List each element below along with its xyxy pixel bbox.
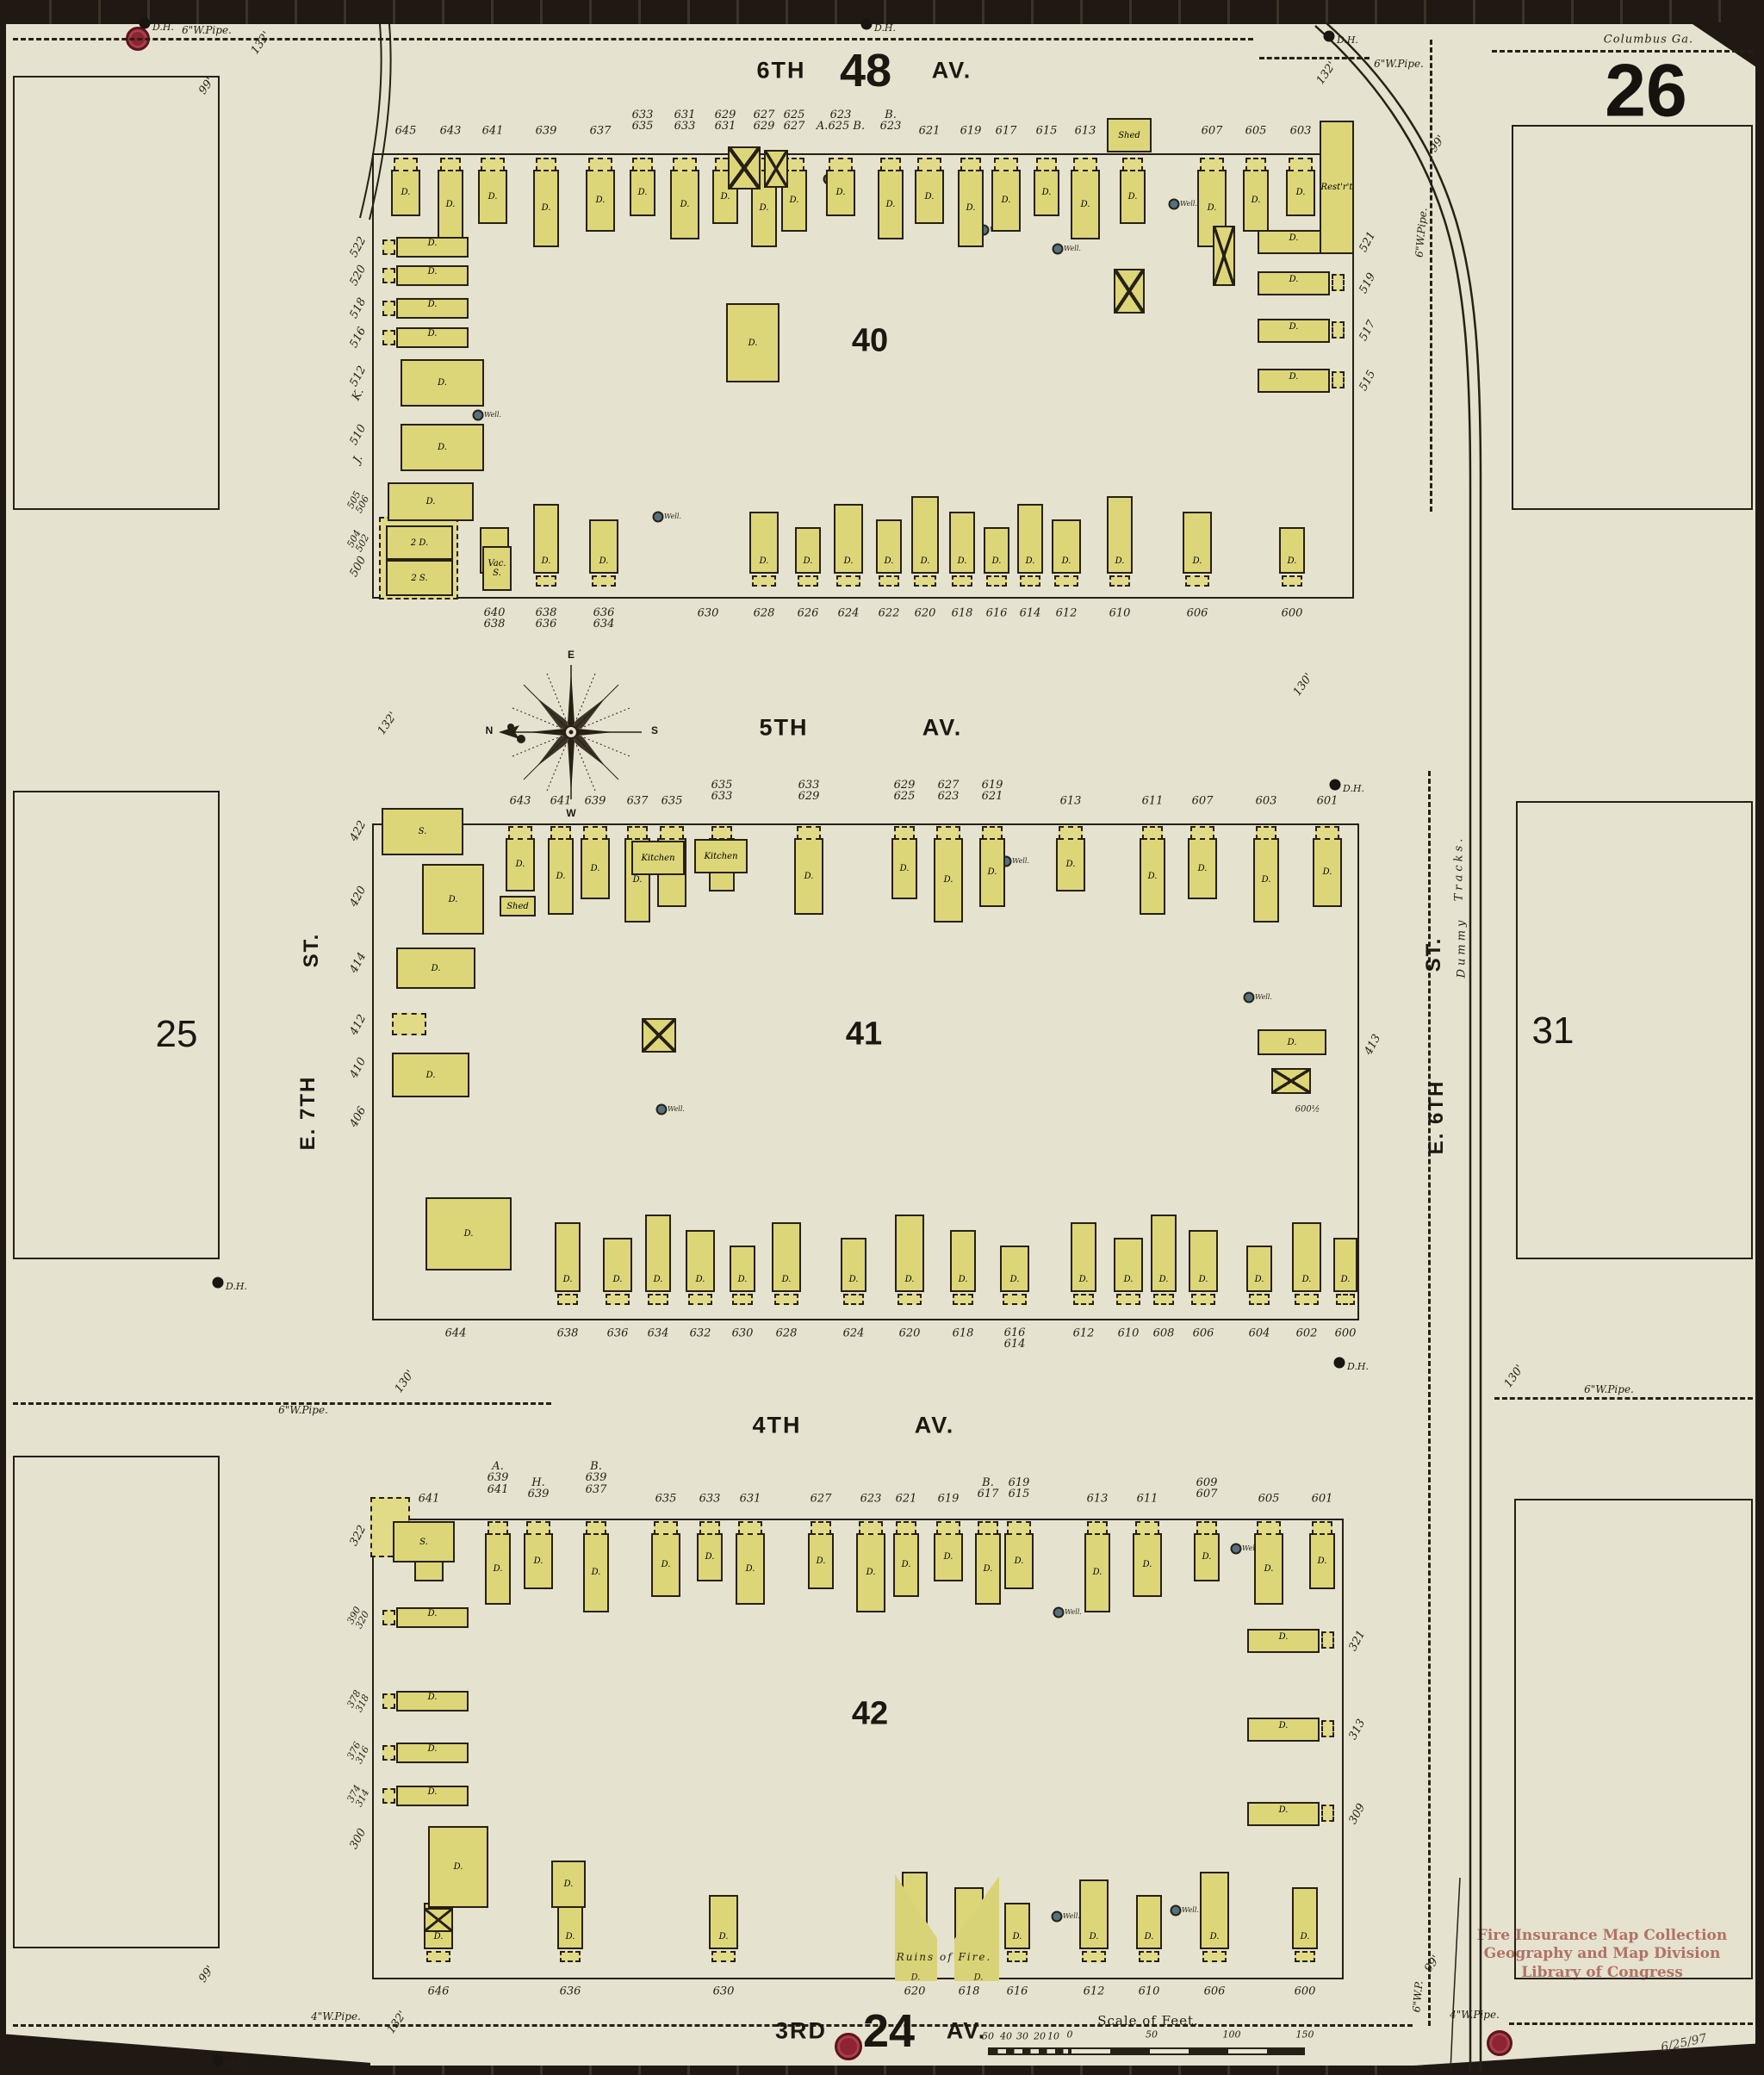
- building-porch: [859, 1521, 882, 1535]
- building-porch: [382, 1788, 395, 1804]
- building-use-label: D.: [1109, 556, 1131, 566]
- house-number: 632: [690, 1327, 711, 1339]
- building-porch: [752, 575, 775, 587]
- building-use-label: D.: [1249, 1805, 1318, 1815]
- building-dwelling: D.: [1084, 1533, 1110, 1612]
- avenue-alt-number: 48: [840, 44, 891, 97]
- building-use-label: D.: [525, 1556, 551, 1566]
- house-number: 608: [1153, 1327, 1175, 1339]
- building-dwelling: D.: [876, 519, 902, 574]
- building-porch: [1135, 1521, 1158, 1535]
- house-number: 620: [904, 1985, 926, 1997]
- house-number: 635: [661, 795, 683, 806]
- building-use-label: D.: [653, 1560, 679, 1569]
- building-porch: [382, 268, 395, 283]
- house-number: 612: [1073, 1327, 1095, 1339]
- house-number: 639: [585, 795, 606, 806]
- building-dwelling: D.: [934, 1533, 963, 1581]
- house-number: 619 621: [982, 780, 1003, 803]
- building-dwelling: D.: [1258, 271, 1330, 295]
- house-number: 618: [952, 607, 973, 618]
- building-use-label: D.: [783, 196, 805, 205]
- building-dwelling: D.: [1258, 369, 1330, 393]
- scale-tick-label: 0: [1067, 2029, 1073, 2041]
- house-number: 607: [1202, 125, 1223, 136]
- house-number: 600: [1295, 1985, 1316, 1997]
- building-porch: [426, 1951, 450, 1962]
- house-number: 638: [557, 1327, 579, 1339]
- water-pipe-label: 4"W.Pipe.: [311, 2010, 361, 2022]
- compass-north-label: N: [486, 724, 494, 736]
- building-dwelling: D.: [438, 170, 463, 239]
- building-dwelling: D.: [1034, 170, 1059, 216]
- building-use-label: D.: [585, 1568, 607, 1577]
- building-porch: [1336, 1294, 1356, 1305]
- building-porch: [1007, 1951, 1028, 1962]
- water-pipe-line: [1430, 40, 1432, 512]
- building-porch: [1312, 1521, 1332, 1535]
- building-porch: [1036, 158, 1057, 171]
- block-number: 41: [846, 1016, 882, 1053]
- compass-east-label: E: [568, 649, 575, 661]
- water-pipe-line: [1492, 50, 1753, 53]
- house-number: 612: [1084, 1985, 1105, 1997]
- building-use-label: D.: [480, 192, 506, 202]
- compass-rose-icon: [498, 659, 644, 805]
- building-porch: [994, 158, 1017, 171]
- building-dwelling: D.: [524, 1533, 553, 1589]
- building-use-label: D.: [1134, 1560, 1160, 1569]
- building-porch: [627, 826, 648, 840]
- building-use-label: D.: [797, 556, 819, 566]
- house-number: 607: [1192, 795, 1214, 806]
- house-number: 631: [740, 1493, 761, 1504]
- building-porch: [1332, 321, 1345, 339]
- building-dwelling: D.: [1151, 1215, 1177, 1292]
- house-number: 616: [1007, 1985, 1028, 1997]
- house-number: 630: [732, 1327, 754, 1339]
- building-dwelling: D.: [950, 1230, 976, 1292]
- building-crossed: [1114, 269, 1145, 314]
- scale-tick-label: 100: [1223, 2029, 1241, 2041]
- building-use-label: D.: [1002, 1275, 1028, 1284]
- building-porch: [382, 301, 395, 316]
- house-number: 610: [1109, 607, 1131, 618]
- building-dwelling: D.: [603, 1238, 632, 1292]
- adjacent-block: [13, 1456, 220, 1948]
- building-dwelling: D.: [979, 838, 1005, 907]
- house-number: 638 636: [536, 607, 557, 631]
- building-porch: [536, 158, 556, 171]
- building-use-label: D.: [1259, 275, 1328, 284]
- house-number: 643: [510, 795, 531, 806]
- building-dwelling: D.: [772, 1222, 801, 1292]
- building-use-label: D.: [425, 1932, 451, 1941]
- building-use-label: D.: [605, 1275, 630, 1284]
- building-dwelling: D.: [1258, 319, 1330, 343]
- water-pipe-line: [1509, 2022, 1753, 2025]
- building-use-label: D.: [878, 556, 900, 566]
- building-use-label: D.: [398, 300, 467, 309]
- building-dwelling: D.: [958, 170, 984, 247]
- building-porch: [1073, 158, 1096, 171]
- building-crossed: [1271, 1068, 1311, 1094]
- building-porch: [1257, 1521, 1280, 1535]
- house-number: 619: [938, 1493, 960, 1504]
- building-porch: [440, 158, 461, 171]
- building-use-label: D.: [1255, 875, 1277, 885]
- house-number: 635 633: [711, 780, 733, 803]
- building-porch: [1139, 1951, 1159, 1962]
- house-number: 620: [899, 1327, 921, 1339]
- building-dwelling: D.: [749, 512, 779, 574]
- building-use-label: D.: [1053, 556, 1079, 566]
- building-use-label: D.: [398, 1609, 467, 1618]
- house-number: 613: [1060, 795, 1082, 806]
- house-number: 617: [996, 125, 1017, 136]
- building-use-label: D.: [981, 867, 1003, 877]
- avenue-name: 3RD: [775, 2018, 827, 2045]
- scale-tick-label: 150: [1296, 2029, 1314, 2041]
- building-porch: [1249, 1294, 1270, 1305]
- building-special: D.: [401, 359, 484, 407]
- building-use-label: D.: [1196, 1552, 1218, 1562]
- house-number: 603: [1256, 795, 1277, 806]
- building-use-label: D.: [751, 556, 777, 566]
- building-dwelling: D.: [697, 1533, 723, 1581]
- building-porch: [1256, 826, 1276, 840]
- building-use-label: D.: [687, 1275, 713, 1284]
- building-use-label: D.: [1081, 1932, 1107, 1941]
- building-use-label: D.: [1190, 1275, 1216, 1284]
- building-porch: [1059, 826, 1082, 840]
- building-use-label: D.: [895, 1560, 917, 1569]
- building-use-label: D.: [1259, 1031, 1325, 1053]
- building-use-label: D.: [1058, 860, 1084, 869]
- building-dwelling: D.: [1000, 1246, 1029, 1292]
- building-dwelling: D.: [686, 1230, 715, 1292]
- building-porch: [1185, 575, 1208, 587]
- building-use-label: D.: [1189, 864, 1215, 873]
- building-dwelling: D.: [396, 265, 469, 286]
- house-number: 636: [560, 1985, 581, 1997]
- building-porch: [880, 158, 901, 171]
- building-porch: [660, 826, 683, 840]
- building-porch: [583, 826, 606, 840]
- house-number: 636: [607, 1327, 629, 1339]
- building-special: 2 D.: [386, 525, 453, 560]
- building-use-label: D.: [810, 1556, 832, 1566]
- building-dwelling: D.: [478, 170, 507, 224]
- house-number: 624: [838, 607, 860, 618]
- building-use-label: D.: [835, 556, 861, 566]
- house-number: 622: [879, 607, 900, 618]
- hydrant-label: D.H.: [1347, 1361, 1369, 1372]
- building-porch: [952, 575, 972, 587]
- building-porch: [914, 575, 936, 587]
- building-dwelling: D.: [586, 170, 615, 232]
- building-dwelling: D.: [949, 512, 975, 574]
- building-porch: [394, 158, 417, 171]
- block-number: 40: [852, 323, 888, 360]
- railroad-label: Dummy: [1456, 917, 1469, 978]
- building-porch: [1020, 575, 1040, 587]
- map-note-label: D.: [911, 1973, 921, 1983]
- building-porch: [1202, 1951, 1226, 1962]
- building-use-label: D.: [591, 556, 617, 566]
- building-use-label: D.: [587, 196, 613, 205]
- house-number: 624: [843, 1327, 865, 1339]
- cross-street-name: E. 6TH: [1425, 1080, 1449, 1155]
- scale-tick-label: 50: [1146, 2029, 1158, 2041]
- building-use-label: D.: [389, 484, 472, 519]
- building-dwelling: D.: [1017, 504, 1043, 574]
- building-dwelling: D.: [841, 1238, 866, 1292]
- building-dwelling: D.: [396, 1691, 469, 1712]
- avenue-name: 5TH: [759, 715, 808, 742]
- building-use-label: D.: [1311, 1556, 1333, 1566]
- building-dwelling: D.: [1292, 1887, 1318, 1949]
- building-dwelling: D.: [581, 838, 610, 899]
- house-number: 618: [953, 1327, 974, 1339]
- building-porch: [526, 1521, 550, 1535]
- compass-west-label: W: [566, 807, 575, 819]
- building-use-label: D.: [1072, 200, 1098, 209]
- water-pipe-line: [13, 2024, 1413, 2027]
- compass-south-label: S: [651, 724, 658, 736]
- house-number: 630: [698, 607, 719, 618]
- building-use-label: D.: [1245, 196, 1267, 205]
- building-dwelling: D.: [934, 838, 963, 923]
- building-dwelling: D.: [1114, 1238, 1143, 1292]
- scale-tick-label: 30: [1016, 2031, 1028, 2042]
- building-use-label: D.: [535, 203, 557, 213]
- building-use-label: D.: [550, 872, 572, 881]
- building-porch: [898, 1294, 921, 1305]
- house-number: 628: [776, 1327, 798, 1339]
- building-use-label: D.: [731, 1275, 754, 1284]
- avenue-suffix: AV.: [947, 2018, 987, 2045]
- building-dwelling: D.: [548, 838, 574, 915]
- building-porch: [1289, 158, 1312, 171]
- building-dwelling: D.: [1254, 1533, 1283, 1605]
- house-number: 616 614: [1004, 1327, 1026, 1351]
- water-pipe-line: [1259, 57, 1370, 59]
- house-number: 611: [1137, 1493, 1158, 1504]
- water-pipe-label: 6"W.Pipe.: [1584, 1383, 1634, 1395]
- house-number: 613: [1075, 125, 1096, 136]
- building-dwelling: D.: [1243, 170, 1269, 232]
- building-use-label: D.: [935, 1552, 961, 1562]
- house-number: 620: [915, 607, 936, 618]
- building-porch: [481, 158, 504, 171]
- building-use-label: D.: [935, 875, 961, 885]
- building-use-label: D.: [1184, 556, 1210, 566]
- building-porch: [1332, 371, 1345, 388]
- building-porch: [1190, 826, 1214, 840]
- building-use-label: D.: [893, 864, 916, 873]
- building-porch: [382, 1610, 395, 1625]
- building-porch: [1087, 1521, 1108, 1535]
- building-porch: [738, 1521, 761, 1535]
- building-use-label: Kitchen: [633, 842, 683, 873]
- building-use-label: Shed: [1109, 120, 1150, 151]
- building-special: D.: [396, 947, 475, 989]
- building-porch: [1122, 158, 1143, 171]
- building-use-label: D.: [714, 192, 736, 202]
- building-dwelling: D.: [1194, 1533, 1220, 1581]
- building-porch: [798, 575, 818, 587]
- building-porch: [536, 575, 556, 587]
- building-use-label: D.: [952, 1275, 974, 1284]
- house-number: 646: [428, 1985, 450, 1997]
- map-note-label: D.: [974, 1973, 984, 1983]
- building-dwelling: D.: [533, 504, 559, 574]
- building-porch: [1003, 1294, 1026, 1305]
- building-porch: [588, 158, 612, 171]
- building-use-label: D.: [828, 188, 854, 197]
- building-use-label: D.: [402, 361, 482, 405]
- building-use-label: D.: [1314, 867, 1340, 877]
- building-porch: [1321, 1805, 1334, 1822]
- scale-bar-right: [1070, 2047, 1305, 2055]
- building-porch: [606, 1294, 629, 1305]
- cross-street-name: ST.: [300, 933, 324, 968]
- building-dwelling: D.: [1004, 1533, 1034, 1589]
- building-dwelling: D.: [1052, 519, 1081, 574]
- building-use-label: D.: [398, 267, 467, 276]
- house-number: 626: [798, 607, 819, 618]
- building-porch: [648, 1294, 668, 1305]
- building-use-label: D.: [1138, 1932, 1160, 1941]
- building-crossed: [764, 150, 788, 188]
- building-porch: [550, 826, 571, 840]
- building-porch: [632, 158, 653, 171]
- building-porch: [382, 1745, 395, 1761]
- building-dwelling: D.: [1079, 1879, 1109, 1949]
- building-use-label: 2 D.: [388, 527, 451, 558]
- building-porch: [811, 1521, 831, 1535]
- building-dwelling: D.: [583, 1533, 609, 1612]
- building-dwelling: D.: [893, 1533, 919, 1597]
- building-porch: [1332, 274, 1345, 291]
- building-dwelling: D.: [1140, 838, 1165, 915]
- building-use-label: Shed: [501, 898, 534, 915]
- house-number: 619: [960, 125, 982, 136]
- house-number: 621: [896, 1493, 917, 1504]
- house-number: A. 639 641: [488, 1461, 509, 1495]
- building-use-label: D.: [993, 196, 1019, 205]
- building-porch: [774, 1294, 798, 1305]
- house-number: 613: [1087, 1493, 1109, 1504]
- building-dwelling: D.: [396, 1786, 469, 1806]
- building-special: S.: [393, 1521, 455, 1562]
- hydrant-dot-icon: [1330, 780, 1341, 791]
- building-use-label: D.: [737, 1564, 763, 1574]
- building-dwelling: D.: [1107, 496, 1133, 574]
- house-number: 627: [811, 1493, 832, 1504]
- building-use-label: 2 S.: [388, 562, 451, 594]
- house-number: B. 623: [880, 109, 902, 133]
- building-use-label: D.: [394, 1054, 468, 1096]
- building-porch: [382, 1693, 395, 1709]
- building-dwelling: D.: [834, 504, 863, 574]
- building-special: D.: [726, 303, 780, 382]
- building-dwelling: D.: [1136, 1895, 1162, 1949]
- building-use-label: D.: [951, 556, 973, 566]
- building-dwelling: D.: [1183, 512, 1212, 574]
- scale-bar-left: [988, 2047, 1070, 2055]
- building-porch: [711, 1951, 735, 1962]
- house-number: 628: [754, 607, 775, 618]
- building-porch: [936, 826, 960, 840]
- house-number: 645: [395, 125, 417, 136]
- building-porch: [894, 826, 915, 840]
- avenue-suffix: AV.: [932, 58, 972, 84]
- building-dwelling: D.: [1004, 1903, 1030, 1949]
- house-number: 644: [445, 1327, 467, 1339]
- adjacent-block: [13, 76, 220, 510]
- building-dwelling: D.: [1200, 1872, 1229, 1949]
- building-use-label: D.: [985, 556, 1008, 566]
- cross-street-name: E. 7TH: [296, 1076, 320, 1151]
- water-pipe-line: [1494, 1397, 1753, 1400]
- hydrant-dot-icon: [213, 1277, 224, 1289]
- building-dwelling: D.: [794, 838, 823, 915]
- house-number: 634: [648, 1327, 669, 1339]
- building-porch: [1109, 575, 1130, 587]
- building-porch: [917, 158, 941, 171]
- house-number: 601: [1317, 795, 1339, 806]
- building-porch: [896, 1521, 916, 1535]
- building-use-label: D.: [582, 864, 608, 873]
- building-use-label: D.: [1115, 1275, 1141, 1284]
- building-porch: [557, 1294, 578, 1305]
- building-use-label: D.: [672, 200, 698, 209]
- house-number: 623: [860, 1493, 882, 1504]
- building-use-label: D.: [631, 188, 654, 197]
- building-porch: [1191, 1294, 1214, 1305]
- building-use-label: D.: [1072, 1275, 1095, 1284]
- house-number: 631 633: [674, 109, 696, 133]
- building-use-label: D.: [879, 200, 902, 209]
- water-pipe-label: 6"W.Pipe.: [278, 1404, 328, 1416]
- building-use-label: D.: [916, 192, 942, 202]
- building-use-label: D.: [398, 329, 467, 339]
- house-number: 605: [1258, 1493, 1280, 1504]
- building-use-label: D.: [1035, 188, 1058, 197]
- building-dwelling: D.: [1071, 170, 1100, 239]
- adjacent-block: [1512, 125, 1753, 510]
- building-use-label: D.: [1256, 1564, 1282, 1574]
- building-porch: [1295, 1951, 1315, 1962]
- building-porch: [843, 1294, 864, 1305]
- building-use-label: D.: [535, 556, 557, 566]
- building-dwelling: D.: [709, 1895, 738, 1949]
- building-use-label: D.: [1141, 872, 1164, 881]
- adjacent-block-number: 31: [1532, 1010, 1575, 1053]
- building-use-label: D.: [393, 188, 419, 197]
- building-special: Rest'r't: [1320, 121, 1354, 254]
- building-dwelling: D.: [856, 1533, 885, 1612]
- building-porch: [829, 158, 852, 171]
- building-dwelling: D.: [1247, 1629, 1320, 1653]
- building-porch: [1007, 1521, 1030, 1535]
- adjacent-block: [1514, 1499, 1753, 1979]
- building-porch: [978, 1521, 998, 1535]
- house-number: 614: [1020, 607, 1041, 618]
- building-dwelling: D.: [630, 170, 655, 216]
